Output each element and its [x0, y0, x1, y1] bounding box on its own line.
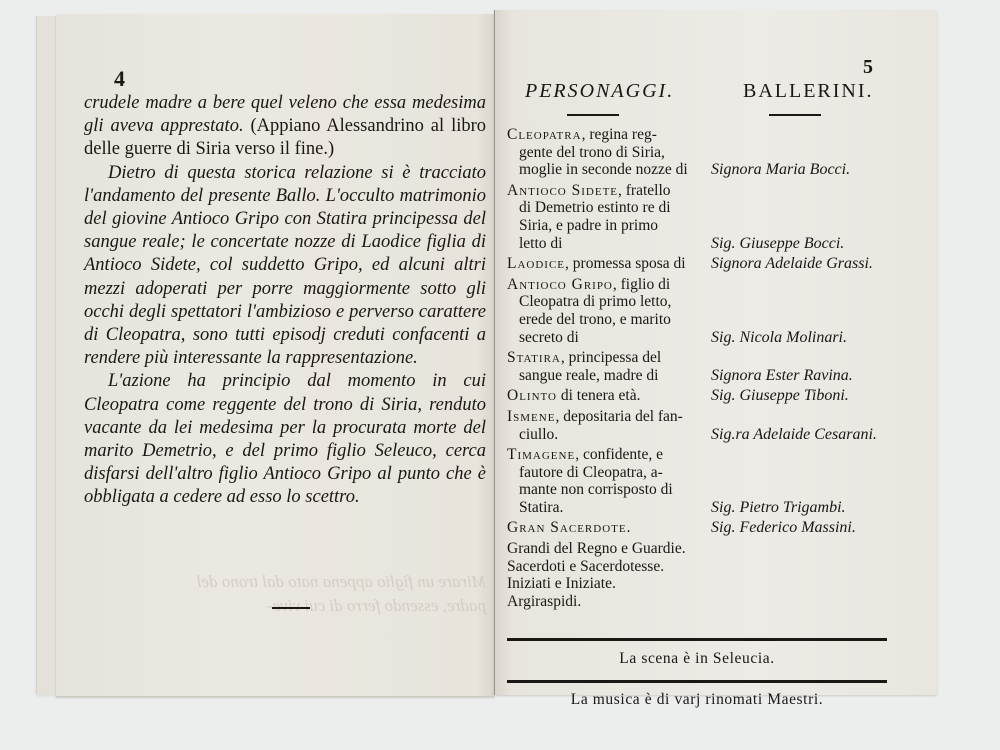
bleed-through-text: Mirare un figlio appena nato dal trono d…	[156, 570, 486, 618]
role-description: Antioco Gripo, figlio di Cleopatra di pr…	[507, 276, 705, 346]
role-name: Timagene	[507, 446, 575, 463]
cast-row: Cleopatra, regina reg- gente del trono d…	[507, 126, 927, 179]
role-description: Olinto di tenera età.	[507, 387, 705, 405]
header-rule-ballerini	[769, 114, 821, 116]
header-rule-personaggi	[567, 114, 619, 116]
role-name: Olinto	[507, 387, 557, 404]
role-name: Laodice	[507, 255, 565, 272]
role-description: Statira, principessa del sangue reale, m…	[507, 349, 705, 384]
dancer-name: Sig. Federico Massini.	[705, 519, 927, 537]
cast-row: Ismene, depositaria del fan- ciullo. Sig…	[507, 408, 927, 443]
end-rule	[272, 607, 310, 609]
role-description: Gran Sacerdote.	[507, 519, 705, 537]
page-number-right: 5	[863, 56, 873, 79]
scene-note: La scena è in Seleucia.	[507, 650, 887, 668]
role-name: Ismene	[507, 408, 555, 425]
role-name: Gran Sacerdote	[507, 519, 627, 536]
extras-item: Grandi del Regno e Guardie.	[507, 540, 927, 558]
dancer-name: Signora Ester Ravina.	[705, 349, 927, 384]
role-name: Antioco Gripo	[507, 276, 613, 293]
dancer-name: Sig. Nicola Molinari.	[705, 276, 927, 346]
header-personaggi: PERSONAGGI.	[525, 80, 674, 103]
paragraph-1: crudele madre a bere quel veleno che ess…	[84, 92, 486, 162]
dancer-name: Sig.ra Adelaide Cesarani.	[705, 408, 927, 443]
extras-item: Iniziati e Iniziate.	[507, 575, 927, 593]
role-name: Antioco Sidete	[507, 182, 618, 199]
cast-row: Laodice, promessa sposa di Signora Adela…	[507, 255, 927, 273]
header-ballerini: BALLERINI.	[743, 80, 874, 103]
role-name: Statira	[507, 349, 561, 366]
page-number-left: 4	[114, 66, 125, 92]
footer-rule-top	[507, 638, 887, 641]
cast-row: Olinto di tenera età. Sig. Giuseppe Tibo…	[507, 387, 927, 405]
left-page: 4 crudele madre a bere quel veleno che e…	[56, 14, 494, 697]
role-description: Ismene, depositaria del fan- ciullo.	[507, 408, 705, 443]
paragraph-2: Dietro di questa storica relazione si è …	[84, 162, 486, 371]
dancer-name: Signora Maria Bocci.	[705, 126, 927, 179]
cast-row: Antioco Sidete, fratello di Demetrio est…	[507, 182, 927, 252]
supernumeraries-list: Grandi del Regno e Guardie. Sacerdoti e …	[507, 540, 927, 610]
role-description: Antioco Sidete, fratello di Demetrio est…	[507, 182, 705, 252]
cast-list: Cleopatra, regina reg- gente del trono d…	[507, 126, 927, 610]
dancer-name: Sig. Pietro Trigambi.	[705, 446, 927, 516]
dancer-name: Sig. Giuseppe Tiboni.	[705, 387, 927, 405]
music-note: La musica è di varj rinomati Maestri.	[507, 691, 887, 709]
role-description: Laodice, promessa sposa di	[507, 255, 705, 273]
right-page: 5 PERSONAGGI. BALLERINI. Cleopatra, regi…	[494, 10, 937, 695]
footer-rule-middle	[507, 680, 887, 683]
dancer-name: Signora Adelaide Grassi.	[705, 255, 927, 273]
left-page-body: crudele madre a bere quel veleno che ess…	[84, 92, 486, 510]
role-description: Cleopatra, regina reg- gente del trono d…	[507, 126, 705, 179]
role-name: Cleopatra	[507, 126, 582, 143]
paragraph-3: L'azione ha principio dal momento in cui…	[84, 370, 486, 509]
dancer-name: Sig. Giuseppe Bocci.	[705, 182, 927, 252]
extras-item: Sacerdoti e Sacerdotesse.	[507, 558, 927, 576]
cast-row: Timagene, confidente, e fautore di Cleop…	[507, 446, 927, 516]
cast-row: Statira, principessa del sangue reale, m…	[507, 349, 927, 384]
cast-row: Gran Sacerdote. Sig. Federico Massini.	[507, 519, 927, 537]
cast-row: Antioco Gripo, figlio di Cleopatra di pr…	[507, 276, 927, 346]
extras-item: Argiraspidi.	[507, 593, 927, 611]
role-description: Timagene, confidente, e fautore di Cleop…	[507, 446, 705, 516]
